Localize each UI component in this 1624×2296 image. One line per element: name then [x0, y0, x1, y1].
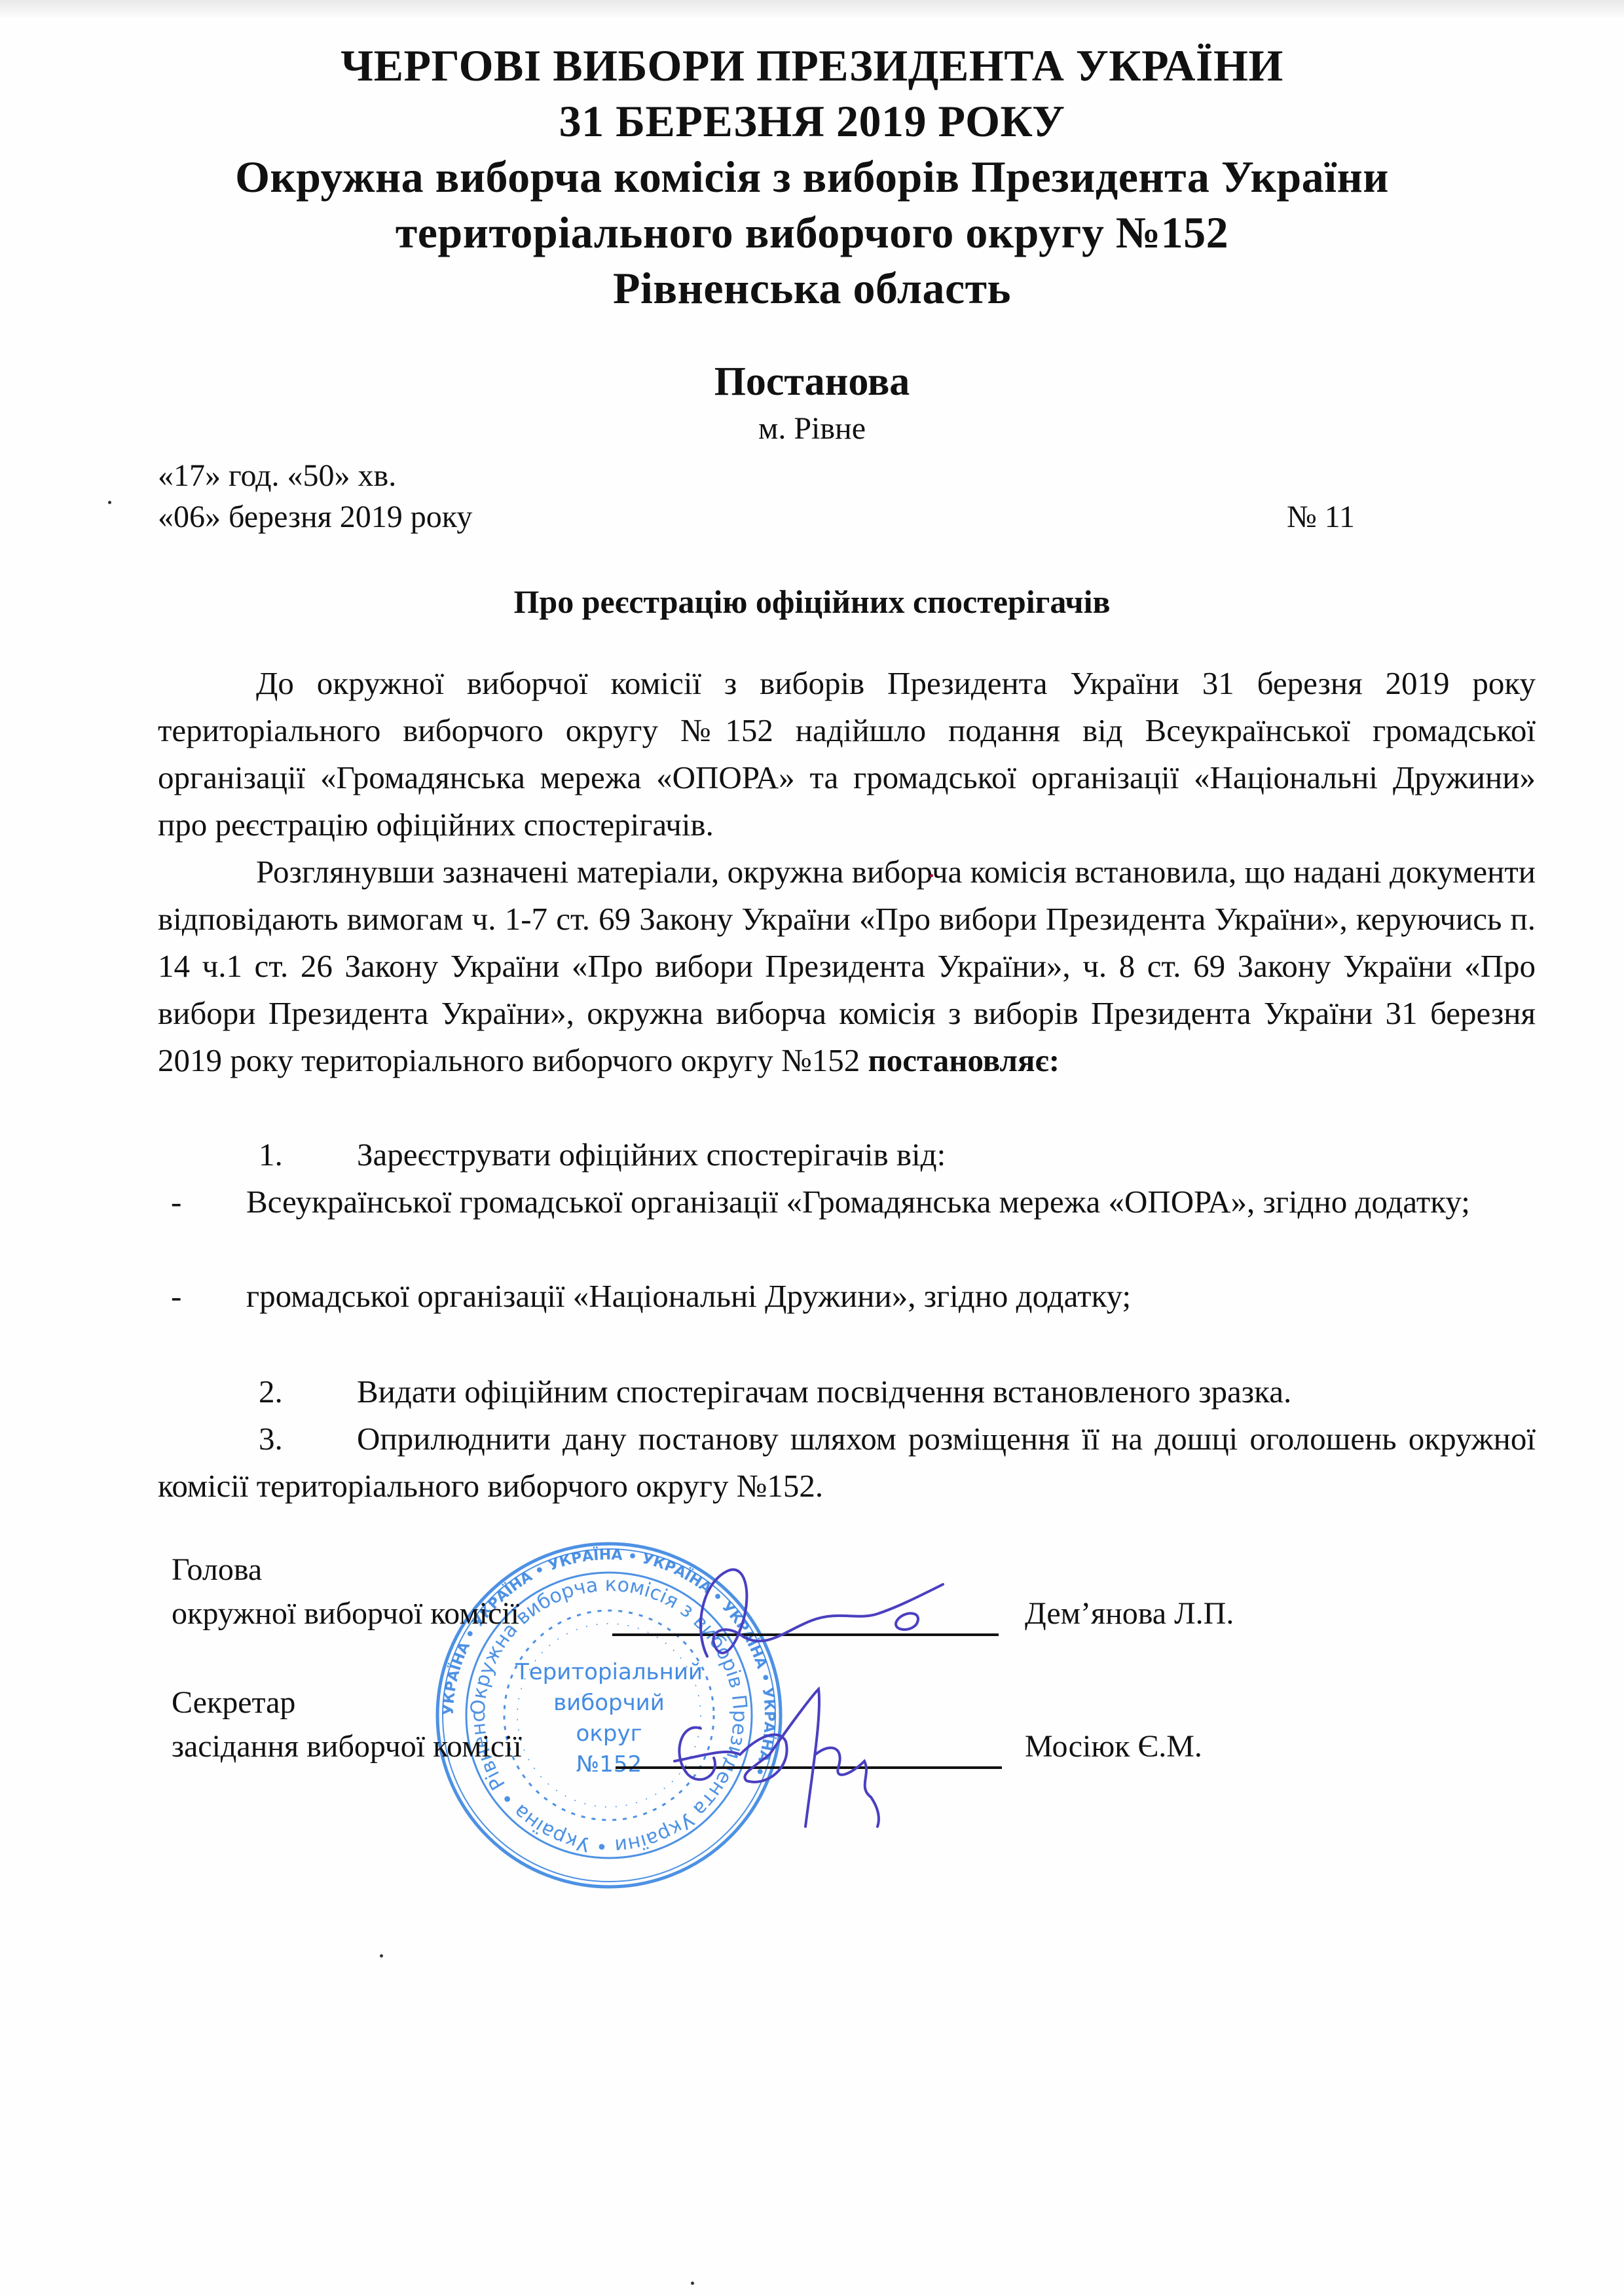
scan-speck [108, 501, 111, 504]
document-city: м. Рівне [0, 409, 1624, 448]
decision-item-1: 1. Зареєструвати офіційних спостерігачів… [0, 1131, 1624, 1178]
decision-number: 2. [259, 1368, 283, 1415]
chair-name: Дем’янова Л.П. [1025, 1594, 1234, 1633]
paragraph-main-text: Розглянувши зазначені матеріали, окружна… [158, 854, 1536, 1078]
secretary-signature-icon [655, 1676, 930, 1833]
stamp-center-line-2: виборчий [553, 1690, 665, 1716]
decision-item-2: 2. Видати офіційним спостерігачам посвід… [0, 1368, 1624, 1415]
chair-role-label: Голова [172, 1550, 262, 1590]
bullet-dash: - [171, 1273, 181, 1320]
decision-item-3: 3. Оприлюднити дану постанову шляхом роз… [158, 1415, 1536, 1510]
observer-org-item-2: - громадської організації «Національні Д… [158, 1273, 1536, 1320]
bullet-dash: - [171, 1178, 181, 1226]
decision-text: Видати офіційним спостерігачам посвідчен… [357, 1368, 1291, 1415]
decision-text: Зареєструвати офіційних спостерігачів ві… [357, 1131, 946, 1178]
observer-org-item-1: - Всеукраїнської громадської організації… [158, 1178, 1536, 1226]
stamp-center-line-3: округ [576, 1721, 642, 1747]
header-district: територіального виборчого округу №152 [0, 205, 1624, 260]
document-date: «06» березня 2019 року [158, 498, 472, 537]
document-subject: Про реєстрацію офіційних спостерігачів [0, 581, 1624, 622]
header-election-date: 31 БЕРЕЗНЯ 2019 РОКУ [0, 94, 1624, 149]
secretary-role-label: Секретар [172, 1683, 295, 1722]
stamp-center-line-4: №152 [576, 1751, 642, 1777]
document-time: «17» год. «50» хв. [158, 456, 396, 496]
secretary-name: Мосіюк Є.М. [1025, 1727, 1202, 1766]
paragraph-text: До окружної виборчої комісії з виборів П… [158, 660, 1536, 848]
header-commission-name: Окружна виборча комісія з виборів Презид… [0, 149, 1624, 204]
decision-text: Оприлюднити дану постанову шляхом розміщ… [158, 1415, 1536, 1510]
observer-org-text: громадської організації «Національні Дру… [246, 1273, 1536, 1320]
document-page: ЧЕРГОВІ ВИБОРИ ПРЕЗИДЕНТА УКРАЇНИ 31 БЕР… [0, 0, 1624, 2296]
scan-edge-shadow [0, 0, 1624, 17]
observer-org-text: Всеукраїнської громадської організації «… [246, 1178, 1536, 1226]
resolves-keyword: постановляє: [868, 1042, 1060, 1078]
scan-speck [930, 874, 933, 877]
document-type: Постанова [0, 357, 1624, 407]
scan-speck [380, 1954, 383, 1958]
header-election-title: ЧЕРГОВІ ВИБОРИ ПРЕЗИДЕНТА УКРАЇНИ [0, 38, 1624, 93]
header-region: Рівненська область [0, 261, 1624, 316]
decision-number: 1. [259, 1131, 283, 1178]
scan-speck [691, 2282, 694, 2285]
chair-signature-icon [681, 1558, 956, 1669]
document-number: № 11 [1287, 498, 1355, 537]
decision-number: 3. [259, 1415, 283, 1463]
chair-role-sublabel: окружної виборчої комісії [172, 1594, 519, 1633]
body-paragraph-2: Розглянувши зазначені матеріали, окружна… [158, 848, 1536, 1084]
body-paragraph-1: До окружної виборчої комісії з виборів П… [158, 660, 1536, 848]
paragraph-text: Розглянувши зазначені матеріали, окружна… [158, 848, 1536, 1084]
secretary-role-sublabel: засідання виборчої комісії [172, 1727, 522, 1766]
